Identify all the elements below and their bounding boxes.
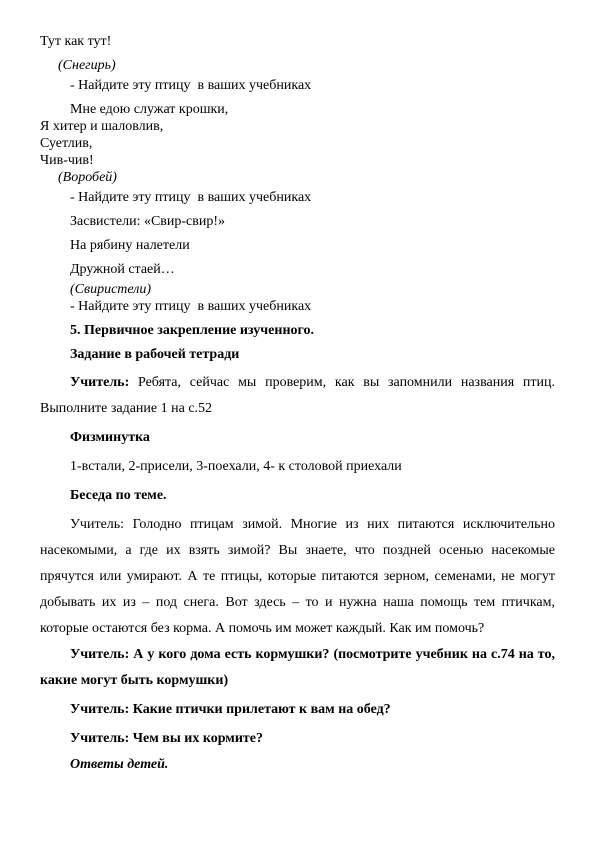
paragraph: Физминутка — [40, 425, 555, 451]
paragraph: 1-встали, 2-присели, 3-поехали, 4- к сто… — [40, 454, 555, 480]
text-run: Учитель: Голодно птицам зимой. Многие из… — [40, 517, 555, 636]
paragraph: (Свиристели) — [40, 281, 555, 298]
paragraph: Беседа по теме. — [40, 483, 555, 509]
paragraph: Тут как тут! — [40, 33, 555, 50]
text-run: Я хитер и шаловлив, — [40, 119, 163, 134]
paragraph: 5. Первичное закрепление изученного. — [40, 322, 555, 339]
text-run: Засвистели: «Свир-свир!» — [70, 214, 225, 229]
text-run: На рябину налетели — [70, 238, 190, 253]
paragraph: Дружной стаей… — [40, 261, 555, 278]
text-run: (Воробей) — [58, 170, 117, 185]
paragraph: Мне едою служат крошки, — [40, 101, 555, 118]
text-run: Суетлив, — [40, 136, 92, 151]
text-run: 5. Первичное закрепление изученного. — [70, 323, 314, 338]
text-run: Учитель: Какие птички прилетают к вам на… — [70, 702, 391, 717]
paragraph: Учитель: А у кого дома есть кормушки? (п… — [40, 642, 555, 694]
text-run: Чив-чив! — [40, 153, 94, 168]
text-run: (Снегирь) — [58, 58, 116, 73]
paragraph: - Найдите эту птицу в ваших учебниках — [40, 189, 555, 206]
paragraph: На рябину налетели — [40, 237, 555, 254]
text-run: - Найдите эту птицу в ваших учебниках — [70, 78, 311, 93]
paragraph: Учитель: Чем вы их кормите? — [40, 726, 555, 752]
paragraph: (Воробей) — [40, 169, 555, 186]
paragraph: - Найдите эту птицу в ваших учебниках — [40, 77, 555, 94]
paragraph: - Найдите эту птицу в ваших учебниках — [40, 298, 555, 315]
text-run: Тут как тут! — [40, 34, 111, 49]
paragraph: Чив-чив! — [40, 152, 555, 169]
text-run: - Найдите эту птицу в ваших учебниках — [70, 299, 311, 314]
text-run: Мне едою служат крошки, — [70, 102, 228, 117]
paragraph: Засвистели: «Свир-свир!» — [40, 213, 555, 230]
paragraph: Суетлив, — [40, 135, 555, 152]
text-run: Ответы детей. — [70, 757, 168, 772]
text-run: (Свиристели) — [70, 282, 151, 297]
text-run: - Найдите эту птицу в ваших учебниках — [70, 190, 311, 205]
paragraph: Ответы детей. — [40, 752, 555, 778]
text-run: Задание в рабочей тетради — [70, 347, 239, 362]
text-run: 1-встали, 2-присели, 3-поехали, 4- к сто… — [70, 459, 402, 474]
paragraph: (Снегирь) — [40, 57, 555, 74]
text-run: Физминутка — [70, 430, 150, 445]
paragraph: Учитель: Какие птички прилетают к вам на… — [40, 697, 555, 723]
paragraph: Задание в рабочей тетради — [40, 346, 555, 363]
paragraph: Учитель: Голодно птицам зимой. Многие из… — [40, 512, 555, 642]
document-page: Тут как тут!(Снегирь)- Найдите эту птицу… — [0, 0, 595, 842]
paragraph: Учитель: Ребята, сейчас мы проверим, как… — [40, 370, 555, 422]
text-run: Учитель: — [70, 375, 129, 390]
text-run: Учитель: Чем вы их кормите? — [70, 731, 263, 746]
paragraph: Я хитер и шаловлив, — [40, 118, 555, 135]
text-run: Дружной стаей… — [70, 262, 175, 277]
text-run: Учитель: А у кого дома есть кормушки? (п… — [40, 647, 555, 688]
text-run: Беседа по теме. — [70, 488, 167, 503]
